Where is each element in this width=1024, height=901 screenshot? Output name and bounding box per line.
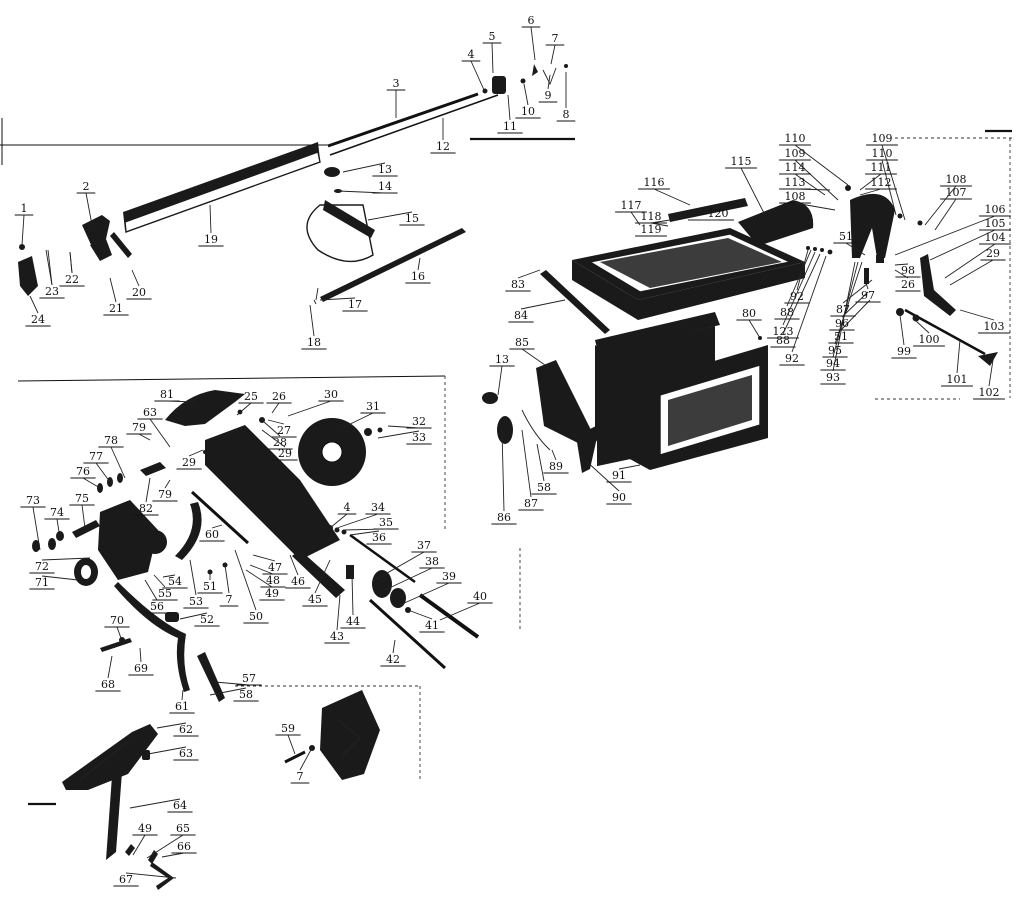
part-number-label: 46 xyxy=(291,575,305,588)
part-number-label: 71 xyxy=(35,576,49,589)
part-number-label: 9 xyxy=(545,89,552,102)
part-number-label: 68 xyxy=(101,678,115,691)
part-number-label: 3 xyxy=(393,77,400,90)
part-number-label: 49 xyxy=(265,587,279,600)
part-number-label: 2 xyxy=(83,180,90,193)
part-number-label: 89 xyxy=(549,460,563,473)
part-number-label: 88 xyxy=(776,334,790,347)
part-number-label: 73 xyxy=(26,494,40,507)
part-number-label: 120 xyxy=(708,207,729,220)
part-number-label: 108 xyxy=(946,173,967,186)
part-number-label: 24 xyxy=(31,313,45,326)
part-number-label: 33 xyxy=(412,431,426,444)
part-number-label: 59 xyxy=(281,722,295,735)
part-number-label: 31 xyxy=(366,400,380,413)
part-number-label: 7 xyxy=(552,32,559,45)
part-number-label: 85 xyxy=(515,336,529,349)
part-number-label: 52 xyxy=(200,613,214,626)
part-number-label: 7 xyxy=(297,770,304,783)
part-number-label: 21 xyxy=(109,302,123,315)
part-number-label: 99 xyxy=(897,345,911,358)
part-number-label: 4 xyxy=(468,48,475,61)
part-number-label: 65 xyxy=(176,822,190,835)
part-number-label: 96 xyxy=(835,317,849,330)
table-assembly xyxy=(482,185,998,473)
part-number-label: 12 xyxy=(436,140,450,153)
part-number-label: 58 xyxy=(239,688,253,701)
part-number-label: 45 xyxy=(308,593,322,606)
part-number-label: 95 xyxy=(828,344,842,357)
part-number-label: 14 xyxy=(378,180,392,193)
part-number-label: 43 xyxy=(330,630,344,643)
part-number-label: 116 xyxy=(644,176,665,189)
part-number-label: 114 xyxy=(785,161,806,174)
part-number-label: 110 xyxy=(785,132,806,145)
callout-group-table-and-base: 1380838485868758899091928812388929394955… xyxy=(489,132,1011,524)
part-number-label: 87 xyxy=(524,497,538,510)
part-number-label: 64 xyxy=(173,799,187,812)
part-number-label: 32 xyxy=(412,415,426,428)
part-number-label: 29 xyxy=(182,456,196,469)
part-number-label: 13 xyxy=(378,163,392,176)
part-number-label: 42 xyxy=(386,653,400,666)
part-number-label: 11 xyxy=(503,120,517,133)
part-number-label: 77 xyxy=(89,450,103,463)
part-number-label: 98 xyxy=(901,264,915,277)
part-number-label: 102 xyxy=(979,386,1000,399)
part-number-label: 23 xyxy=(45,285,59,298)
part-number-label: 51 xyxy=(839,230,853,243)
part-number-label: 107 xyxy=(946,186,967,199)
part-number-label: 111 xyxy=(871,161,892,174)
part-number-label: 51 xyxy=(834,330,848,343)
part-number-label: 22 xyxy=(65,273,79,286)
part-number-label: 38 xyxy=(425,555,439,568)
part-number-label: 86 xyxy=(497,511,511,524)
part-number-label: 69 xyxy=(134,662,148,675)
part-number-label: 80 xyxy=(742,307,756,320)
part-number-label: 5 xyxy=(489,30,496,43)
part-number-label: 48 xyxy=(266,574,280,587)
part-number-label: 62 xyxy=(179,723,193,736)
part-number-label: 92 xyxy=(785,352,799,365)
part-number-label: 101 xyxy=(947,373,968,386)
part-number-label: 113 xyxy=(785,176,806,189)
part-number-label: 53 xyxy=(189,595,203,608)
part-number-label: 1 xyxy=(21,202,28,215)
part-number-label: 7 xyxy=(226,593,233,606)
part-number-label: 55 xyxy=(158,587,172,600)
part-number-label: 20 xyxy=(132,286,146,299)
callout-group-rip-fence-and-miter-gauge: 123456789101112131415161718192021222324 xyxy=(15,14,576,349)
part-number-label: 29 xyxy=(986,247,1000,260)
part-number-label: 74 xyxy=(50,506,64,519)
part-number-label: 8 xyxy=(563,108,570,121)
part-number-label: 72 xyxy=(35,560,49,573)
part-number-label: 19 xyxy=(204,233,218,246)
part-number-label: 17 xyxy=(348,298,362,311)
rip-fence-assembly xyxy=(18,64,568,304)
part-number-label: 106 xyxy=(985,203,1006,216)
part-number-label: 90 xyxy=(612,491,626,504)
part-number-label: 63 xyxy=(143,406,157,419)
part-number-label: 109 xyxy=(785,147,806,160)
part-number-label: 115 xyxy=(731,155,752,168)
part-number-label: 81 xyxy=(160,388,174,401)
part-number-label: 56 xyxy=(150,600,164,613)
part-number-label: 117 xyxy=(621,199,642,212)
part-number-label: 63 xyxy=(179,747,193,760)
part-number-label: 97 xyxy=(861,289,875,302)
part-number-label: 93 xyxy=(826,371,840,384)
part-number-label: 51 xyxy=(203,580,217,593)
part-number-label: 10 xyxy=(521,105,535,118)
part-number-label: 16 xyxy=(411,270,425,283)
part-number-label: 35 xyxy=(379,516,393,529)
part-number-label: 30 xyxy=(324,388,338,401)
part-number-label: 29 xyxy=(278,447,292,460)
part-number-label: 47 xyxy=(268,561,282,574)
part-number-label: 25 xyxy=(244,390,258,403)
part-number-label: 34 xyxy=(371,501,385,514)
part-number-label: 26 xyxy=(272,390,286,403)
part-number-label: 108 xyxy=(785,190,806,203)
lower-assemblies xyxy=(62,690,380,890)
part-number-label: 39 xyxy=(442,570,456,583)
parts-diagram: 1234567891011121314151617181920212223241… xyxy=(0,0,1024,901)
part-number-label: 13 xyxy=(495,353,509,366)
part-number-label: 50 xyxy=(249,610,263,623)
part-number-label: 49 xyxy=(138,822,152,835)
part-number-label: 36 xyxy=(372,531,386,544)
part-number-label: 79 xyxy=(158,488,172,501)
part-number-label: 57 xyxy=(242,672,256,685)
part-number-label: 103 xyxy=(984,320,1005,333)
part-number-label: 67 xyxy=(119,873,133,886)
part-number-label: 76 xyxy=(76,465,90,478)
part-number-label: 75 xyxy=(75,492,89,505)
part-number-label: 94 xyxy=(826,357,840,370)
part-number-label: 61 xyxy=(175,700,189,713)
part-number-label: 83 xyxy=(511,278,525,291)
part-number-label: 84 xyxy=(514,309,528,322)
part-number-label: 112 xyxy=(871,176,892,189)
part-number-label: 79 xyxy=(132,421,146,434)
part-number-label: 66 xyxy=(177,840,191,853)
part-number-label: 44 xyxy=(346,615,360,628)
part-number-label: 110 xyxy=(872,147,893,160)
part-number-label: 4 xyxy=(344,501,351,514)
part-number-label: 26 xyxy=(901,278,915,291)
part-number-label: 91 xyxy=(612,469,626,482)
part-number-label: 37 xyxy=(417,539,431,552)
part-number-label: 109 xyxy=(872,132,893,145)
part-number-label: 6 xyxy=(528,14,535,27)
part-number-label: 40 xyxy=(473,590,487,603)
part-number-label: 78 xyxy=(104,434,118,447)
part-number-label: 119 xyxy=(641,223,662,236)
part-number-label: 15 xyxy=(405,212,419,225)
part-number-label: 18 xyxy=(307,336,321,349)
part-number-label: 88 xyxy=(780,306,794,319)
part-number-label: 58 xyxy=(537,481,551,494)
part-number-label: 100 xyxy=(919,333,940,346)
part-number-label: 87 xyxy=(836,303,850,316)
part-number-label: 82 xyxy=(139,502,153,515)
part-number-label: 70 xyxy=(110,614,124,627)
part-number-label: 41 xyxy=(425,619,439,632)
part-number-label: 118 xyxy=(641,210,662,223)
part-number-label: 60 xyxy=(205,528,219,541)
